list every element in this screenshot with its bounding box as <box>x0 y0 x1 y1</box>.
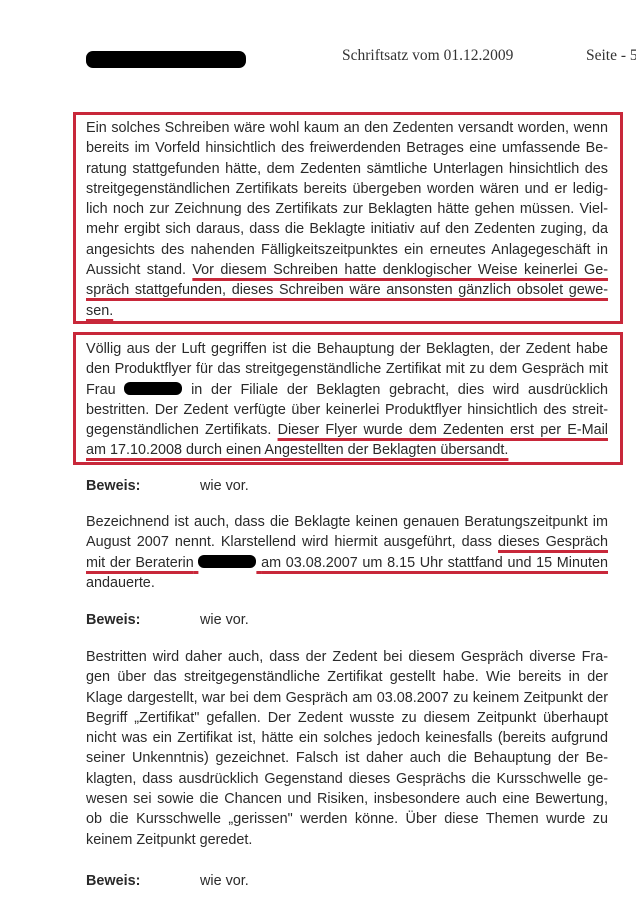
evidence-label: Beweis: <box>86 873 200 889</box>
text-line: seiner Unkenntnis) gezeichnet. Falsch is… <box>86 748 608 768</box>
paragraph-3: Bezeichnend ist auch, dass die Beklagte … <box>86 512 608 593</box>
text-line: klagten, dass ausdrücklich Gegenstand di… <box>86 769 608 789</box>
text-line: gen über das streitgegenständliche Zerti… <box>86 667 608 687</box>
text-line: Ein solches Schreiben wäre wohl kaum an … <box>86 118 608 138</box>
underlined-text: mit der Beraterin am 03.08.2007 um 8.15 … <box>86 555 608 571</box>
text-line: keinem Zeitpunkt geredet. <box>86 830 608 850</box>
document-title: Schriftsatz vom 01.12.2009 <box>342 47 513 65</box>
text-plain: Frau <box>86 382 116 398</box>
underlined-text: am 17.10.2008 durch einen Angestellten d… <box>86 442 508 458</box>
redacted-name-inline <box>198 555 256 568</box>
text-line: bestritten. Der Zedent verfügte über kei… <box>86 400 608 420</box>
paragraph-2: Völlig aus der Luft gegriffen ist die Be… <box>86 339 608 461</box>
evidence-value: wie vor. <box>200 612 249 628</box>
text-line: ratung stattgefunden hätte, dem Zedenten… <box>86 159 608 179</box>
text-line: Bestritten wird daher auch, dass der Zed… <box>86 647 608 667</box>
evidence-value: wie vor. <box>200 873 249 889</box>
evidence-label: Beweis: <box>86 478 200 494</box>
text-plain: mit der Beraterin <box>86 555 194 571</box>
page-header: Schriftsatz vom 01.12.2009 Seite - 5 <box>0 40 636 70</box>
text-line: ob die Kursschwelle „gerissen" werden kö… <box>86 809 608 829</box>
text-plain: gegenständlichen Zertifikats. <box>86 422 278 438</box>
evidence-label: Beweis: <box>86 612 200 628</box>
evidence-line-3: Beweis:wie vor. <box>86 873 249 889</box>
underlined-text: dieses Gespräch <box>498 534 608 550</box>
underlined-text: Vor diesem Schreiben hatte denklogischer… <box>192 262 608 278</box>
paragraph-1: Ein solches Schreiben wäre wohl kaum an … <box>86 118 608 321</box>
text-line: andauerte. <box>86 573 608 593</box>
underlined-text: Dieser Flyer wurde dem Zedenten erst per… <box>278 422 608 438</box>
text-line: nicht was ein Zertifikat ist, hätte ein … <box>86 728 608 748</box>
text-line: am 17.10.2008 durch einen Angestellten d… <box>86 440 608 460</box>
text-line: spräch stattgefunden, dieses Schreiben w… <box>86 280 608 300</box>
text-line: August 2007 nennt. Klarstellend wird hie… <box>86 532 608 552</box>
text-line: Begriff „Zertifikat" gefallen. Der Zeden… <box>86 708 608 728</box>
text-line: angesichts des nahenden Fälligkeitszeitp… <box>86 240 608 260</box>
redacted-name-inline <box>124 382 182 395</box>
underlined-text: sen. <box>86 303 113 319</box>
text-line: den Produktflyer für das streitgegenstän… <box>86 359 608 379</box>
underlined-text: spräch stattgefunden, dieses Schreiben w… <box>86 282 608 298</box>
text-line: Aussicht stand. Vor diesem Schreiben hat… <box>86 260 608 280</box>
text-plain: am 03.08.2007 um 8.15 Uhr stattfand und … <box>261 555 608 571</box>
paragraph-4: Bestritten wird daher auch, dass der Zed… <box>86 647 608 850</box>
text-plain: August 2007 nennt. Klarstellend wird hie… <box>86 534 498 550</box>
page-number: Seite - 5 <box>586 47 636 65</box>
text-line: Frau in der Filiale der Beklagten gebrac… <box>86 380 608 400</box>
evidence-line-1: Beweis:wie vor. <box>86 478 249 494</box>
text-line: streitgegenständlichen Zertifikats berei… <box>86 179 608 199</box>
text-line: sen. <box>86 301 608 321</box>
text-line: gegenständlichen Zertifikats. Dieser Fly… <box>86 420 608 440</box>
text-line: Völlig aus der Luft gegriffen ist die Be… <box>86 339 608 359</box>
text-plain: in der Filiale der Beklagten gebracht, d… <box>191 382 608 398</box>
evidence-value: wie vor. <box>200 478 249 494</box>
text-line: bereits im Vorfeld hinsichtlich des frei… <box>86 138 608 158</box>
text-line: Klage dargestellt, war bei dem Gespräch … <box>86 688 608 708</box>
redacted-name <box>86 51 246 68</box>
text-line: mehr ergibt sich daraus, dass die Beklag… <box>86 219 608 239</box>
text-line: lich noch zur Zeichnung des Zertifikats … <box>86 199 608 219</box>
evidence-line-2: Beweis:wie vor. <box>86 612 249 628</box>
text-line: Bezeichnend ist auch, dass die Beklagte … <box>86 512 608 532</box>
text-line: mit der Beraterin am 03.08.2007 um 8.15 … <box>86 553 608 573</box>
text-plain: Aussicht stand. <box>86 262 192 278</box>
text-line: wesen sei sowie die Chancen und Risiken,… <box>86 789 608 809</box>
